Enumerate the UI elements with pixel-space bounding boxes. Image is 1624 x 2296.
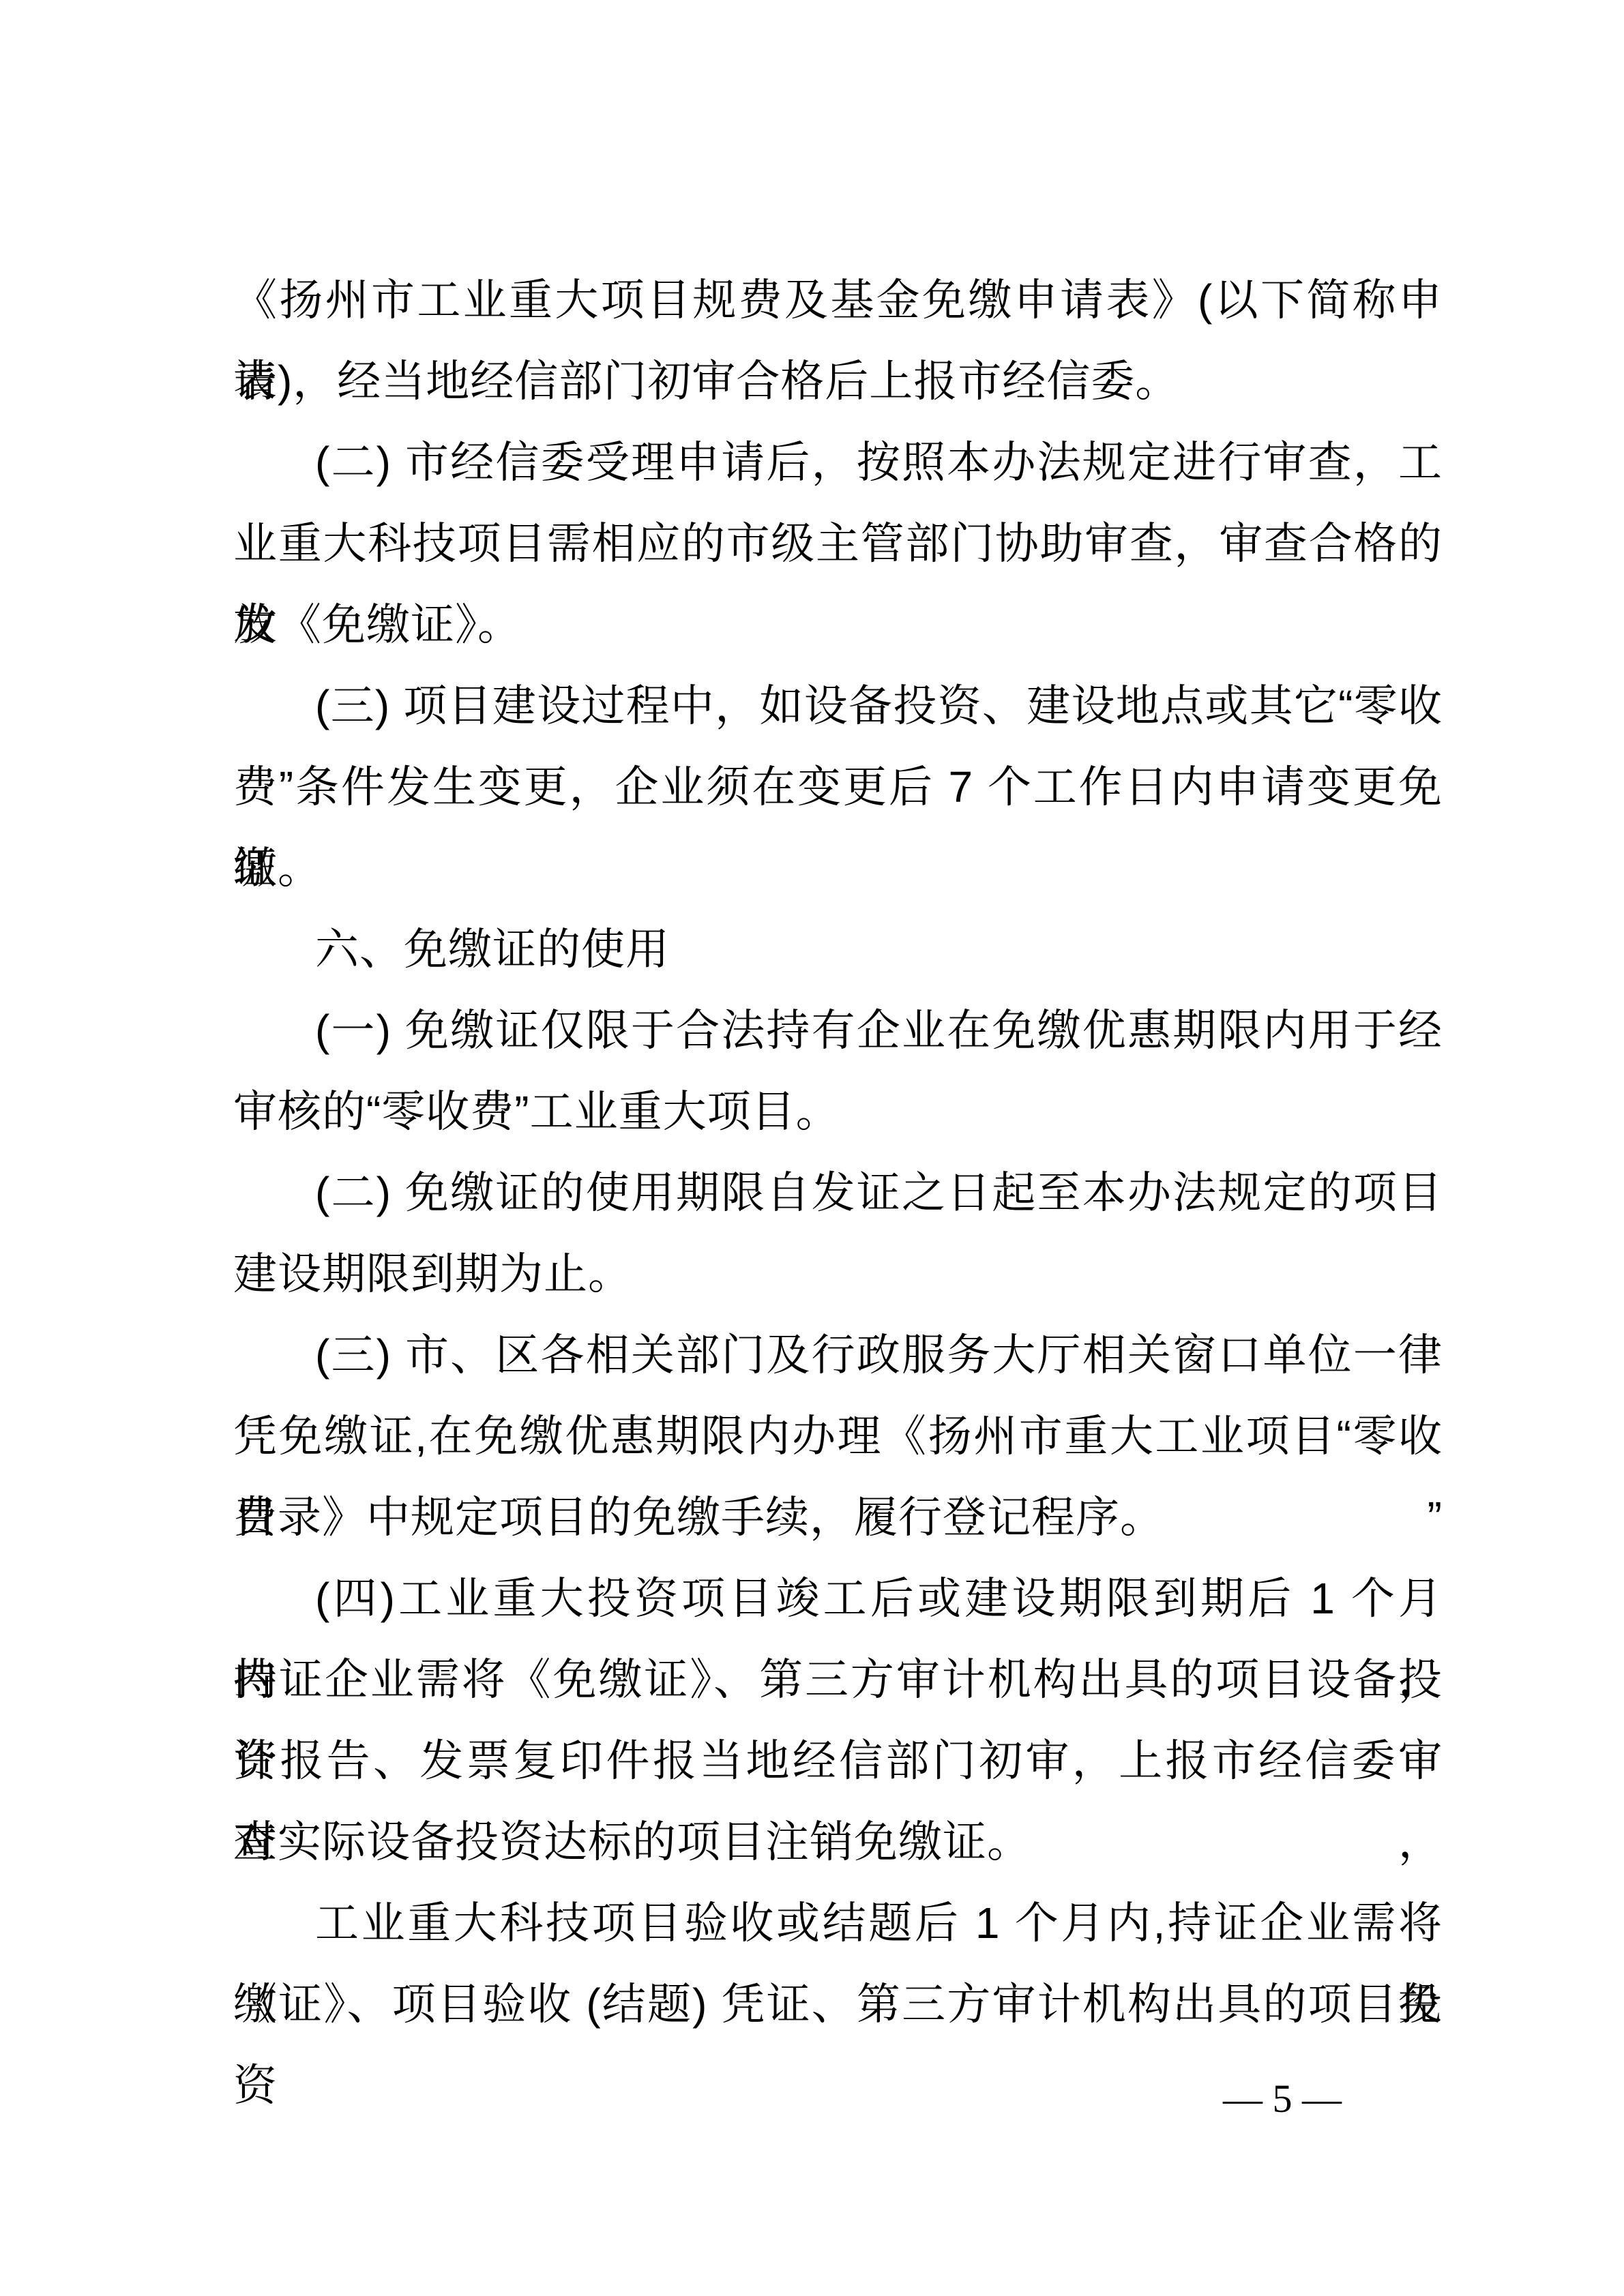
text-line-7: 费”条件发生变更，企业须在变更后 7 个工作日内申请变更免缴 <box>233 747 1443 828</box>
text-line-22: 缴证》、项目验收 (结题) 凭证、第三方审计机构出具的项目投资 <box>233 1964 1443 2045</box>
text-line-19: 计报告、发票复印件报当地经信部门初审，上报市经信委审查， <box>233 1720 1443 1802</box>
text-line-2: 表)，经当地经信部门初审合格后上报市经信委。 <box>233 341 1443 422</box>
text-line-10: (一) 免缴证仅限于合法持有企业在免缴优惠期限内用于经 <box>233 990 1443 1071</box>
text-line-9: 六、免缴证的使用 <box>233 909 1443 990</box>
text-line-6: (三) 项目建设过程中，如设备投资、建设地点或其它“零收 <box>233 666 1443 747</box>
text-line-8: 证。 <box>233 828 1443 909</box>
text-line-12: (二) 免缴证的使用期限自发证之日起至本办法规定的项目 <box>233 1152 1443 1234</box>
text-line-21: 工业重大科技项目验收或结题后 1 个月内,持证企业需将《免 <box>233 1883 1443 1964</box>
document-page: 《扬州市工业重大项目规费及基金免缴申请表》(以下简称申请表)，经当地经信部门初审… <box>0 0 1624 2296</box>
text-line-14: (三) 市、区各相关部门及行政服务大厅相关窗口单位一律 <box>233 1315 1443 1396</box>
text-line-4: 业重大科技项目需相应的市级主管部门协助审查，审查合格的发 <box>233 503 1443 584</box>
text-line-18: 持证企业需将《免缴证》、第三方审计机构出具的项目设备投资审 <box>233 1639 1443 1720</box>
text-line-11: 审核的“零收费”工业重大项目。 <box>233 1071 1443 1152</box>
text-line-5: 放《免缴证》。 <box>233 584 1443 666</box>
document-body: 《扬州市工业重大项目规费及基金免缴申请表》(以下简称申请表)，经当地经信部门初审… <box>233 260 1443 2045</box>
text-line-15: 凭免缴证,在免缴优惠期限内办理《扬州市重大工业项目“零收费” <box>233 1396 1443 1477</box>
page-number-footer: — 5 — <box>1223 2072 1342 2126</box>
text-line-13: 建设期限到期为止。 <box>233 1234 1443 1315</box>
text-line-1: 《扬州市工业重大项目规费及基金免缴申请表》(以下简称申请 <box>233 260 1443 341</box>
text-line-3: (二) 市经信委受理申请后，按照本办法规定进行审查，工 <box>233 422 1443 503</box>
text-line-17: (四)工业重大投资项目竣工后或建设期限到期后 1 个月内， <box>233 1558 1443 1639</box>
